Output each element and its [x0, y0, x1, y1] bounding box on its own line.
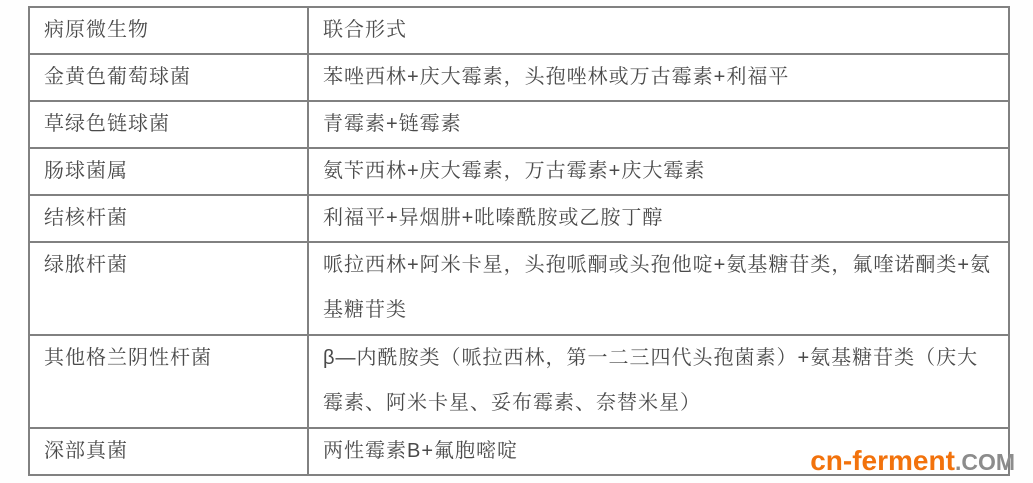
- combination-cell: 哌拉西林+阿米卡星，头孢哌酮或头孢他啶+氨基糖苷类，氟喹诺酮类+氨基糖苷类: [308, 242, 1009, 335]
- table-row: 草绿色链球菌 青霉素+链霉素: [29, 101, 1009, 148]
- table-row: 肠球菌属 氨苄西林+庆大霉素，万古霉素+庆大霉素: [29, 148, 1009, 195]
- watermark-tld: .COM: [955, 449, 1015, 475]
- combination-cell: 利福平+异烟肼+吡嗪酰胺或乙胺丁醇: [308, 195, 1009, 242]
- pathogen-cell: 绿脓杆菌: [29, 242, 308, 335]
- header-pathogen: 病原微生物: [29, 7, 308, 54]
- watermark-brand: cn-ferment: [810, 445, 955, 476]
- pathogen-cell: 深部真菌: [29, 428, 308, 475]
- table-row: 金黄色葡萄球菌 苯唑西林+庆大霉素，头孢唑林或万古霉素+利福平: [29, 54, 1009, 101]
- table-row: 其他格兰阴性杆菌 β—内酰胺类（哌拉西林，第一二三四代头孢菌素）+氨基糖苷类（庆…: [29, 335, 1009, 428]
- combination-cell: 青霉素+链霉素: [308, 101, 1009, 148]
- header-combination: 联合形式: [308, 7, 1009, 54]
- table-row: 绿脓杆菌 哌拉西林+阿米卡星，头孢哌酮或头孢他啶+氨基糖苷类，氟喹诺酮类+氨基糖…: [29, 242, 1009, 335]
- pathogen-cell: 肠球菌属: [29, 148, 308, 195]
- pathogen-combination-table: 病原微生物 联合形式 金黄色葡萄球菌 苯唑西林+庆大霉素，头孢唑林或万古霉素+利…: [28, 6, 1010, 476]
- site-watermark: cn-ferment.COM: [810, 445, 1015, 477]
- table-header-row: 病原微生物 联合形式: [29, 7, 1009, 54]
- page: 病原微生物 联合形式 金黄色葡萄球菌 苯唑西林+庆大霉素，头孢唑林或万古霉素+利…: [0, 0, 1033, 483]
- combination-cell: β—内酰胺类（哌拉西林，第一二三四代头孢菌素）+氨基糖苷类（庆大霉素、阿米卡星、…: [308, 335, 1009, 428]
- pathogen-cell: 草绿色链球菌: [29, 101, 308, 148]
- pathogen-cell: 金黄色葡萄球菌: [29, 54, 308, 101]
- table-row: 结核杆菌 利福平+异烟肼+吡嗪酰胺或乙胺丁醇: [29, 195, 1009, 242]
- pathogen-cell: 结核杆菌: [29, 195, 308, 242]
- combination-cell: 苯唑西林+庆大霉素，头孢唑林或万古霉素+利福平: [308, 54, 1009, 101]
- combination-cell: 氨苄西林+庆大霉素，万古霉素+庆大霉素: [308, 148, 1009, 195]
- pathogen-cell: 其他格兰阴性杆菌: [29, 335, 308, 428]
